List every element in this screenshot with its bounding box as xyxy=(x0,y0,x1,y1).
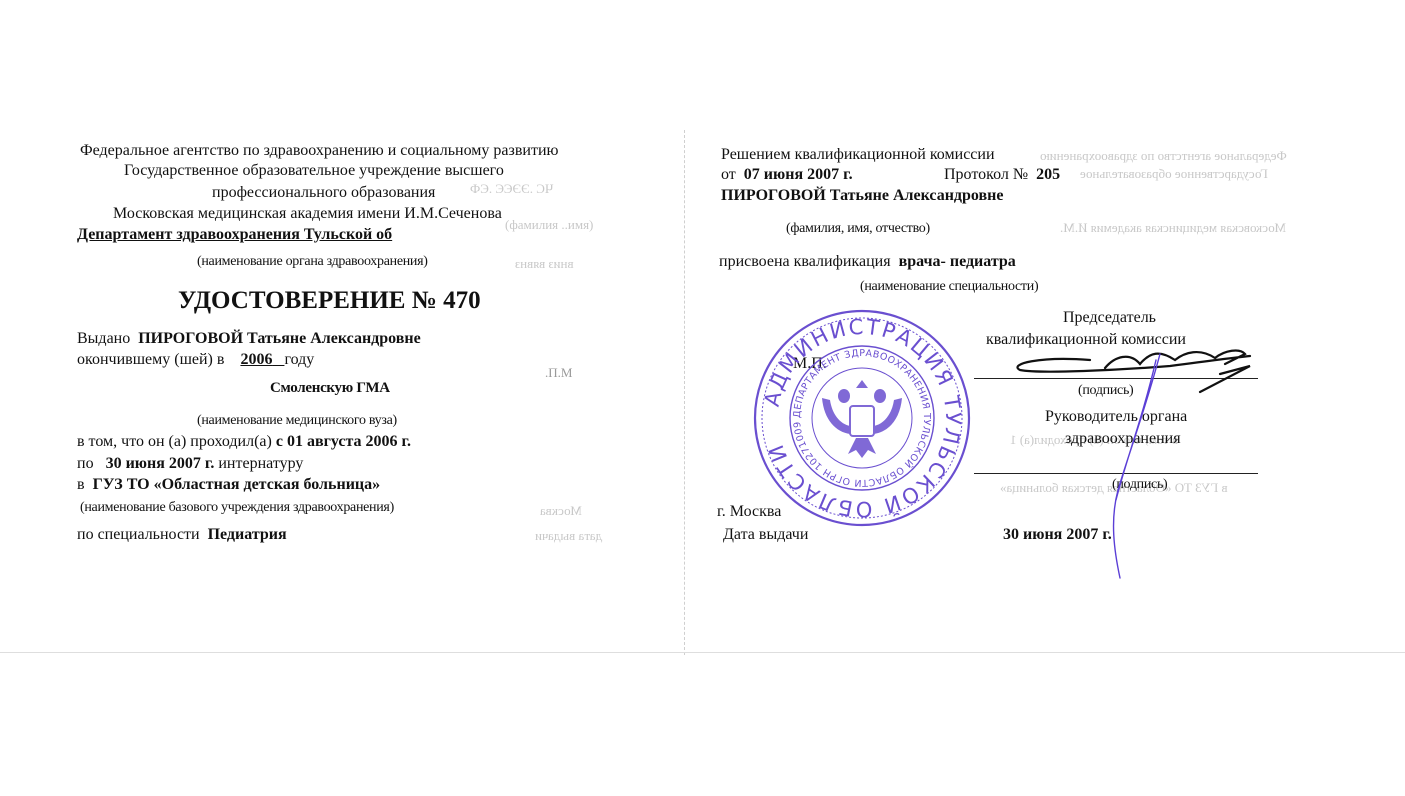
graduation-year: 2006 xyxy=(240,351,284,368)
bleed-through-text: Москва xyxy=(540,503,582,519)
specialty-label: по специальности xyxy=(77,526,200,543)
official-stamp-icon: АДМИНИСТРАЦИЯ ТУЛЬСКОЙ ОБЛАСТИ ДЕПАРТАМЕ… xyxy=(752,308,972,528)
qualification: врача- педиатра xyxy=(899,253,1016,270)
bleed-through-text: Московская медицинская академия И.М. xyxy=(1060,220,1286,236)
bleed-through-text: вниз вявнз xyxy=(515,256,574,272)
name-caption: (фамилия, имя, отчество) xyxy=(786,221,930,237)
specialty: Педиатрия xyxy=(208,526,287,543)
decision-date-line: от 07 июня 2007 г. xyxy=(721,166,853,184)
qualification-label: присвоена квалификация xyxy=(719,253,891,270)
internship-start-date: с 01 августа 2006 г. xyxy=(276,433,411,450)
agency-name: Федеральное агентство по здравоохранению… xyxy=(80,142,558,160)
bleed-through-text: Федеральное агентство по здравоохранению xyxy=(1040,148,1287,164)
page-fold-line xyxy=(684,130,685,655)
university-name: Смоленскую ГМА xyxy=(270,380,390,397)
specialty-line: по специальности Педиатрия xyxy=(77,526,287,544)
internship-end-date: 30 июня 2007 г. xyxy=(106,455,215,472)
academy-name: Московская медицинская академия имени И.… xyxy=(113,205,502,223)
protocol-line: Протокол № 205 xyxy=(944,166,1060,184)
base-institution-caption: (наименование базового учреждения здраво… xyxy=(80,500,394,516)
pen-stroke-icon xyxy=(1090,350,1170,580)
base-institution: ГУЗ ТО «Областная детская больница» xyxy=(93,476,381,493)
health-department: Департамент здравоохранения Тульской об xyxy=(77,226,392,244)
chairman-title-line1: Председатель xyxy=(1063,309,1156,327)
decision-date: 07 июня 2007 г. xyxy=(744,166,853,183)
graduated-label: окончившему (шей) в xyxy=(77,351,224,368)
issued-to-name: ПИРОГОВОЙ Татьяне Александровне xyxy=(138,330,420,347)
institution-type-line2: профессионального образования xyxy=(212,184,435,202)
graduation-year-suffix: году xyxy=(284,351,314,368)
double-headed-eagle-icon xyxy=(822,380,902,458)
recipient-name: ПИРОГОВОЙ Татьяне Александровне xyxy=(721,187,1003,205)
graduation-line: окончившему (шей) в 2006 году xyxy=(77,351,314,369)
base-institution-line: в ГУЗ ТО «Областная детская больница» xyxy=(77,476,380,494)
issued-to-label: Выдано xyxy=(77,330,130,347)
university-caption: (наименование медицинского вуза) xyxy=(197,413,397,429)
internship-word: интернатуру xyxy=(218,455,303,472)
internship-period-to: по 30 июня 2007 г. интернатуру xyxy=(77,455,303,473)
page-bottom-edge xyxy=(0,652,1405,653)
protocol-label: Протокол № xyxy=(944,166,1028,183)
bleed-through-text: Государственное образовательное xyxy=(1080,166,1268,182)
protocol-number: 205 xyxy=(1036,166,1060,183)
certificate-title: УДОСТОВЕРЕНИЕ № 470 xyxy=(178,287,481,315)
decision-label: Решением квалификационной комиссии xyxy=(721,146,995,164)
bleed-through-text: (фамилия ..имя) xyxy=(505,217,593,233)
qualification-caption: (наименование специальности) xyxy=(860,279,1038,295)
issue-date-label: Дата выдачи xyxy=(723,526,808,544)
bleed-through-text: ЧС .ЭЭЄЄ .ЄФ xyxy=(470,181,553,197)
department-caption: (наименование органа здравоохранения) xyxy=(197,254,428,270)
qualification-line: присвоена квалификация врача- педиатра xyxy=(719,253,1016,271)
bleed-through-text: .П.М xyxy=(545,365,572,381)
issued-to-line: Выдано ПИРОГОВОЙ Татьяне Александровне xyxy=(77,330,421,348)
internship-period-from: в том, что он (а) проходил(а) с 01 авгус… xyxy=(77,433,411,451)
institution-type-line1: Государственное образовательное учрежден… xyxy=(124,162,504,180)
bleed-through-text: дата выдачи xyxy=(535,528,602,544)
